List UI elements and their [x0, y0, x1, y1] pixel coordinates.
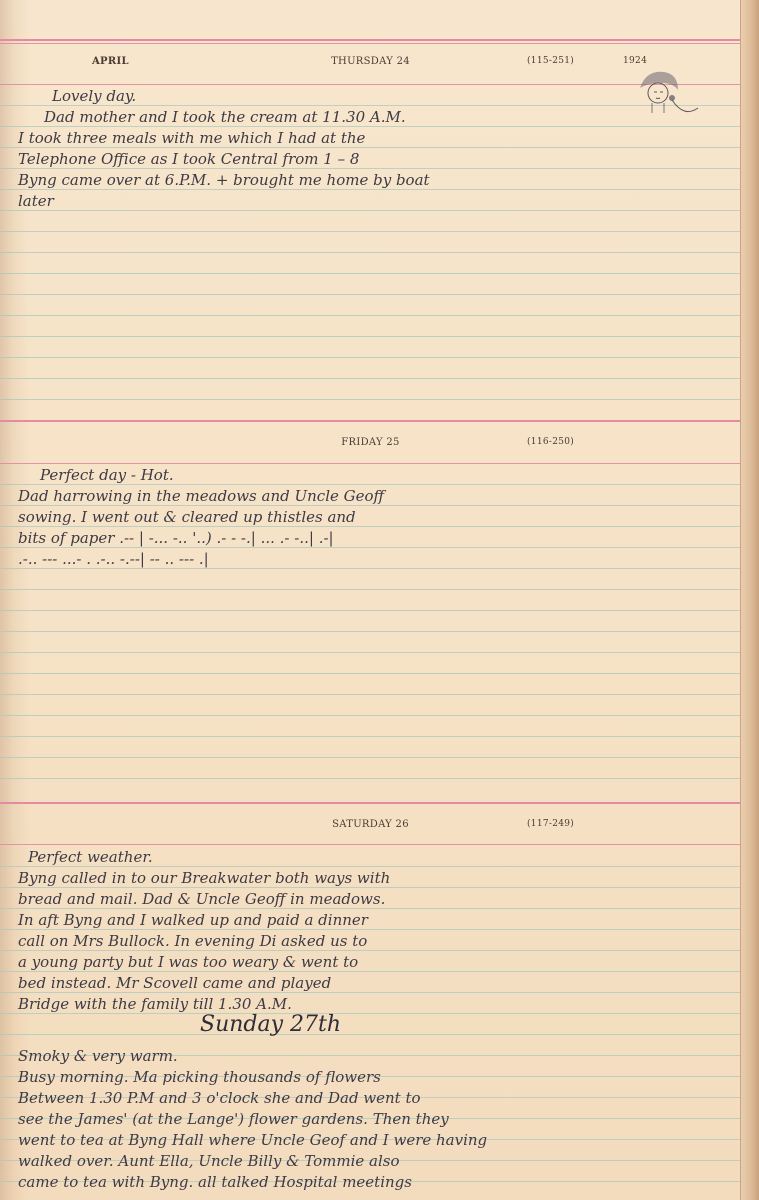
entry-line: Dad harrowing in the meadows and Uncle G… — [18, 486, 738, 507]
entry-line: went to tea at Byng Hall where Uncle Geo… — [18, 1130, 738, 1151]
ruled-line — [0, 399, 741, 400]
entry-line: bread and mail. Dad & Uncle Geoff in mea… — [18, 889, 738, 910]
girl-sketch-icon — [628, 68, 700, 128]
entry-thursday: APRIL THURSDAY 24 (115-251) 1924 Lovely … — [0, 0, 741, 420]
entry-line: Perfect weather. — [18, 847, 738, 868]
ruled-line — [0, 589, 741, 590]
entry-line: I took three meals with me which I had a… — [18, 128, 738, 149]
entry-line: Telephone Office as I took Central from … — [18, 149, 738, 170]
ruled-line — [0, 631, 741, 632]
entry-line: sowing. I went out & cleared up thistles… — [18, 507, 738, 528]
ruled-line — [0, 252, 741, 253]
entry-line: bits of paper .-- | -... -.. '..) .- - -… — [18, 528, 738, 549]
handwritten-entry: Perfect day - Hot. Dad harrowing in the … — [18, 465, 738, 570]
ruled-line — [0, 357, 741, 358]
entry-saturday: SATURDAY 26 (117-249) Perfect weather. B… — [0, 800, 741, 1200]
entry-line: a young party but I was too weary & went… — [18, 952, 738, 973]
entry-line: Perfect day - Hot. — [18, 465, 738, 486]
ruled-line — [0, 1034, 741, 1035]
handwritten-entry: Perfect weather. Byng called in to our B… — [18, 847, 738, 1015]
entry-line: Smoky & very warm. — [18, 1046, 738, 1067]
ruled-line — [0, 315, 741, 316]
entry-line: Byng called in to our Breakwater both wa… — [18, 868, 738, 889]
ruled-line — [0, 231, 741, 232]
ruled-line — [0, 673, 741, 674]
entry-line: came to tea with Byng. all talked Hospit… — [18, 1172, 738, 1193]
diary-page: APRIL THURSDAY 24 (115-251) 1924 Lovely … — [0, 0, 759, 1200]
entry-friday: FRIDAY 25 (116-250) Perfect day - Hot. D… — [0, 420, 741, 800]
entry-line: Bridge with the family till 1.30 A.M. — [18, 994, 738, 1015]
handwritten-entry-sunday: Smoky & very warm. Busy morning. Ma pick… — [18, 1046, 738, 1193]
ruled-line — [0, 294, 741, 295]
book-spine-edge — [740, 0, 759, 1200]
ruled-line — [0, 610, 741, 611]
sunday-heading: Sunday 27th — [200, 1012, 341, 1037]
ruled-line — [0, 757, 741, 758]
entry-line: In aft Byng and I walked up and paid a d… — [18, 910, 738, 931]
entry-line: later — [18, 191, 738, 212]
entry-line: call on Mrs Bullock. In evening Di asked… — [18, 931, 738, 952]
entry-line: see the James' (at the Lange') flower ga… — [18, 1109, 738, 1130]
entry-line: walked over. Aunt Ella, Uncle Billy & To… — [18, 1151, 738, 1172]
ruled-line — [0, 778, 741, 779]
ruled-line — [0, 336, 741, 337]
entry-line: Byng came over at 6.P.M. + brought me ho… — [18, 170, 738, 191]
ruled-line — [0, 736, 741, 737]
ruled-line — [0, 273, 741, 274]
ruled-line — [0, 378, 741, 379]
ruled-line — [0, 715, 741, 716]
ruled-line — [0, 694, 741, 695]
ruled-line — [0, 652, 741, 653]
entry-line: Between 1.30 P.M and 3 o'clock she and D… — [18, 1088, 738, 1109]
entry-line: bed instead. Mr Scovell came and played — [18, 973, 738, 994]
entry-line: .-.. --- ...- . .-.. -.--| -- .. --- .| — [18, 549, 738, 570]
entry-line: Busy morning. Ma picking thousands of fl… — [18, 1067, 738, 1088]
